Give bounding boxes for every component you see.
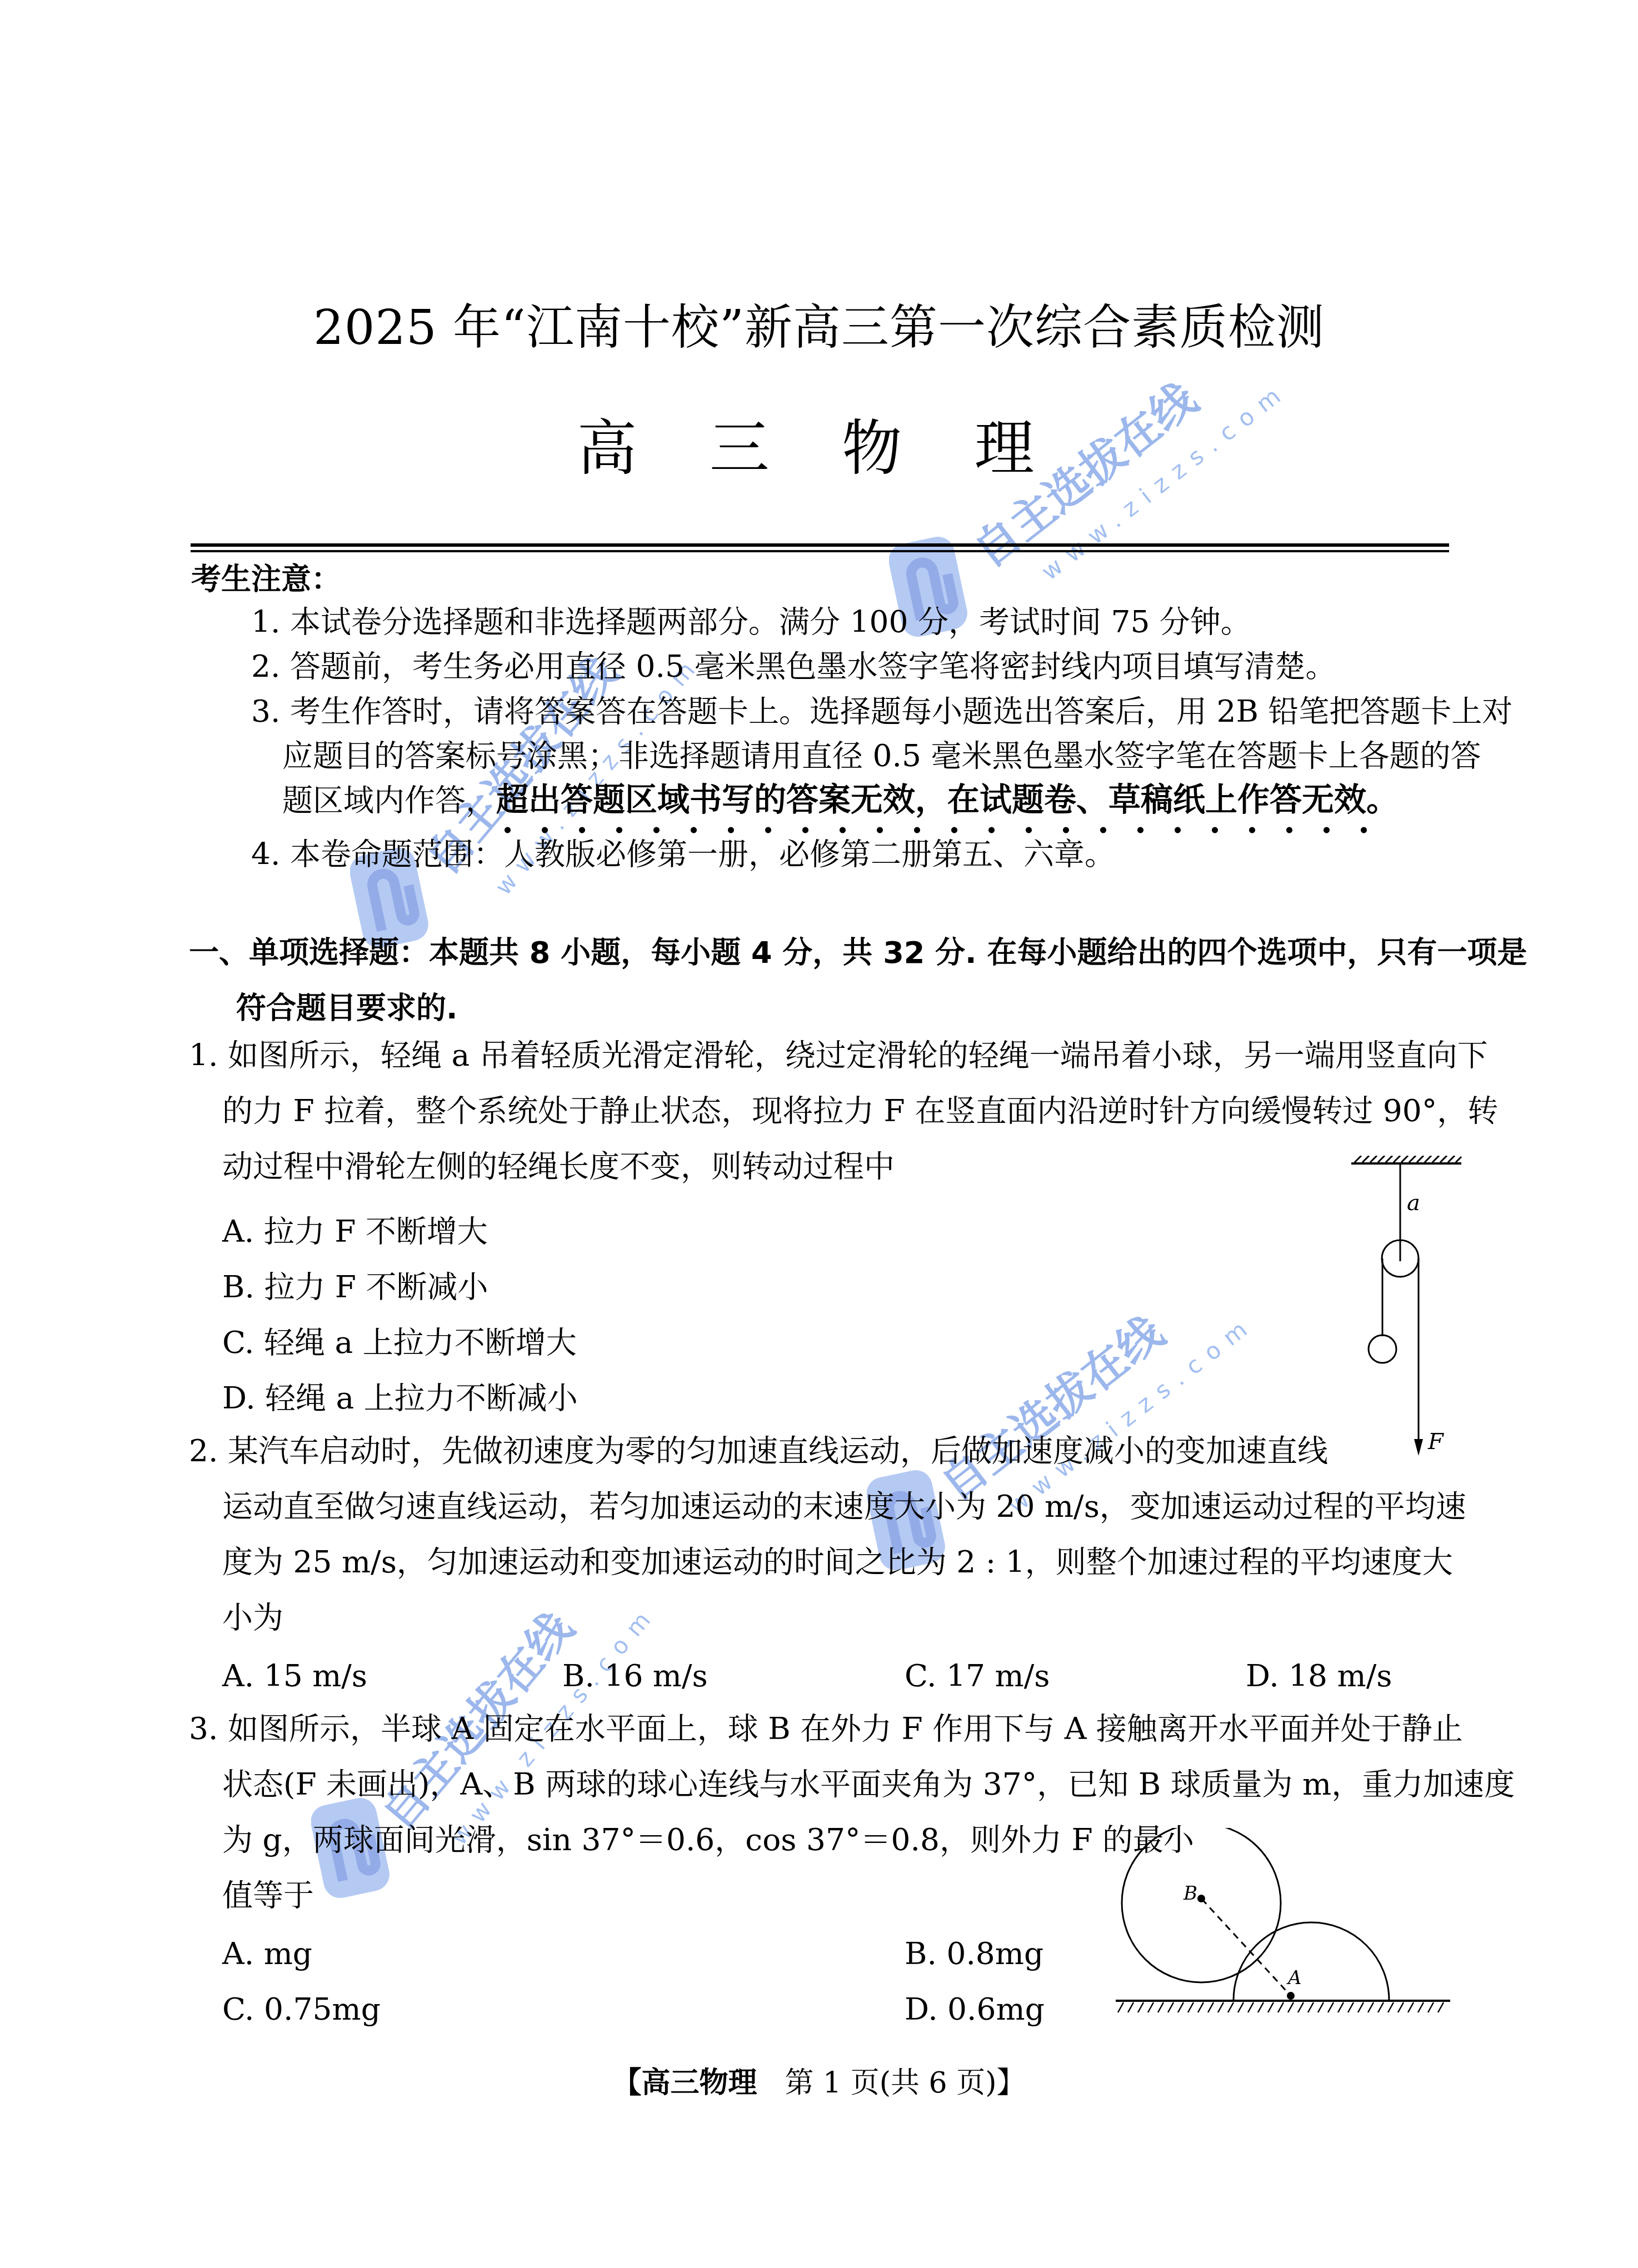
header-divider	[191, 543, 1449, 547]
question-1-option-a[interactable]: A. 拉力 F 不断增大	[222, 1207, 488, 1251]
question-3-option-d[interactable]: D. 0.6mg	[905, 1991, 1045, 2027]
subject-title: 高 三 物 理	[0, 400, 1638, 486]
question-3-line: 值等于	[222, 1880, 314, 1911]
rope-label: a	[1407, 1190, 1420, 1216]
question-2-option-b[interactable]: B. 16 m/s	[562, 1658, 708, 1693]
exam-title: 2025 年“江南十校”新高三第一次综合素质检测	[0, 289, 1638, 358]
question-2-line: 2. 某汽车启动时，先做初速度为零的匀加速直线运动，后做加速度减小的变加速直线	[189, 1436, 1328, 1466]
force-label: F	[1428, 1429, 1444, 1455]
question-2-line: 度为 25 m/s，匀加速运动和变加速运动的时间之比为 2 : 1，则整个加速过…	[222, 1547, 1453, 1577]
section-heading-cont: 符合题目要求的.	[236, 985, 458, 1027]
question-3-option-b[interactable]: B. 0.8mg	[905, 1936, 1043, 1971]
pulley-figure: a F	[1345, 1156, 1467, 1467]
footer-page-number: 第 1 页(共 6 页)】	[785, 2066, 1026, 2100]
question-2-option-d[interactable]: D. 18 m/s	[1246, 1658, 1392, 1693]
question-1-line: 动过程中滑轮左侧的轻绳长度不变，则转动过程中	[222, 1151, 895, 1182]
notice-item-1: 1. 本试卷分选择题和非选择题两部分。满分 100 分，考试时间 75 分钟。	[251, 607, 1251, 637]
question-3-line: 状态(F 未画出)，A、B 两球的球心连线与水平面夹角为 37°，已知 B 球质…	[222, 1769, 1515, 1800]
question-2-line: 运动直至做匀速直线运动，若匀加速运动的末速度大小为 20 m/s，变加速运动过程…	[222, 1491, 1466, 1522]
spheres-figure: B A	[1111, 1828, 1456, 2017]
emphasis-dots	[489, 826, 1378, 835]
question-3-option-a[interactable]: A. mg	[222, 1936, 312, 1971]
question-1-option-c[interactable]: C. 轻绳 a 上拉力不断增大	[222, 1318, 577, 1362]
question-2-option-a[interactable]: A. 15 m/s	[222, 1658, 367, 1693]
question-2-line: 小为	[222, 1602, 283, 1633]
notice-item-4: 4. 本卷命题范围：人教版必修第一册，必修第二册第五、六章。	[251, 839, 1115, 870]
question-1-option-d[interactable]: D. 轻绳 a 上拉力不断减小	[222, 1373, 578, 1417]
notice-item-3-cont: 应题目的答案标号涂黑；非选择题请用直径 0.5 毫米黑色墨水签字笔在答题卡上各题…	[282, 741, 1481, 771]
notice-item-3: 3. 考生作答时，请将答案答在答题卡上。选择题每小题选出答案后，用 2B 铅笔把…	[251, 696, 1512, 727]
notice-item-3-emphasis: 超出答题区域书写的答案无效，在试题卷、草稿纸上作答无效。	[496, 781, 1399, 818]
question-1-line: 1. 如图所示，轻绳 a 吊着轻质光滑定滑轮，绕过定滑轮的轻绳一端吊着小球，另一…	[189, 1040, 1488, 1071]
section-heading: 一、单项选择题：本题共 8 小题，每小题 4 分，共 32 分. 在每小题给出的…	[189, 929, 1527, 972]
notice-item-3-prefix: 题区域内作答，	[282, 782, 496, 818]
header-divider	[191, 550, 1449, 552]
question-2-option-c[interactable]: C. 17 m/s	[905, 1658, 1050, 1693]
sphere-b-label: B	[1183, 1882, 1197, 1905]
question-3-option-c[interactable]: C. 0.75mg	[222, 1991, 381, 2027]
sphere-a-label: A	[1288, 1967, 1302, 1989]
page-footer: 【高三物理第 1 页(共 6 页)】	[0, 2059, 1638, 2101]
notice-item-2: 2. 答题前，考生务必用直径 0.5 毫米黑色墨水签字笔将密封线内项目填写清楚。	[251, 651, 1336, 682]
question-3-line: 为 g，两球面间光滑，sin 37°＝0.6，cos 37°＝0.8，则外力 F…	[222, 1825, 1194, 1855]
footer-subject: 【高三物理	[613, 2066, 757, 2100]
question-1-option-b[interactable]: B. 拉力 F 不断减小	[222, 1262, 488, 1306]
notice-heading: 考生注意：	[191, 556, 341, 598]
notice-item-3-cont2: 题区域内作答，超出答题区域书写的答案无效，在试题卷、草稿纸上作答无效。	[282, 783, 1399, 816]
question-1-line: 的力 F 拉着，整个系统处于静止状态，现将拉力 F 在竖直面内沿逆时针方向缓慢转…	[222, 1096, 1498, 1126]
question-3-line: 3. 如图所示，半球 A 固定在水平面上，球 B 在外力 F 作用下与 A 接触…	[189, 1714, 1463, 1744]
